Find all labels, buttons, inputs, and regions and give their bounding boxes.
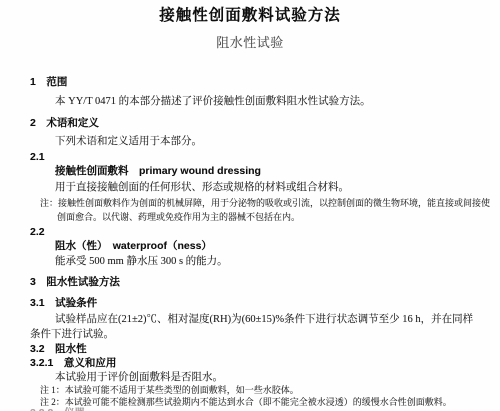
section-3-1-body-line2: 条件下进行试验。 — [30, 328, 114, 341]
clause-2-2-number: 2.2 — [30, 226, 45, 239]
section-1-body: 本 YY/T 0471 的本部分描述了评价接触性创面敷料阻水性试验方法。 — [55, 95, 371, 108]
section-3-2-heading: 3.2 阻水性 — [30, 343, 87, 356]
clause-2-1-definition: 用于直接接触创面的任何形状、形态或规格的材料或组合材料。 — [55, 181, 349, 194]
clause-2-1-note-line2: 创面愈合。以代谢、药理或免疫作用为主的器械不包括在内。 — [57, 212, 300, 223]
cutoff-next-heading: 3.2.2 仪器 — [30, 407, 85, 411]
document-subtitle: 阻水性试验 — [0, 36, 500, 49]
section-3-1-body-line1: 试验样品应在(21±2)℃、相对湿度(RH)为(60±15)%条件下进行状态调节… — [55, 313, 473, 326]
section-3-1-heading: 3.1 试验条件 — [30, 297, 97, 310]
section-3-2-1-note1: 注 1：本试验可能不适用于某些类型的创面敷料，如一些水胶体。 — [40, 385, 299, 396]
clause-2-2-definition: 能承受 500 mm 静水压 300 s 的能力。 — [55, 255, 228, 268]
section-3-heading: 3 阻水性试验方法 — [30, 276, 120, 289]
section-3-2-1-body: 本试验用于评价创面敷料是否阻水。 — [55, 371, 223, 384]
section-3-2-1-note2: 注 2：本试验可能不能检测那些试验期内不能达到水合（即不能完全被水浸透）的缓慢水… — [40, 397, 452, 408]
clause-2-1-note-line1: 注：接触性创面敷料作为创面的机械屏障，用于分泌物的吸收或引流，以控制创面的微生物… — [40, 198, 490, 209]
clause-2-1-number: 2.1 — [30, 151, 45, 164]
section-3-2-1-heading: 3.2.1 意义和应用 — [30, 357, 116, 370]
document-title: 接触性创面敷料试验方法 — [0, 9, 500, 22]
section-2-heading: 2 术语和定义 — [30, 117, 99, 130]
document-page: 接触性创面敷料试验方法 阻水性试验 1 范围 本 YY/T 0471 的本部分描… — [0, 0, 500, 411]
clause-2-2-term: 阻水（性） waterproof（ness） — [55, 240, 212, 253]
section-1-heading: 1 范围 — [30, 76, 67, 89]
clause-2-1-term: 接触性创面敷料 primary wound dressing — [55, 165, 261, 178]
section-2-intro: 下列术语和定义适用于本部分。 — [55, 135, 202, 148]
